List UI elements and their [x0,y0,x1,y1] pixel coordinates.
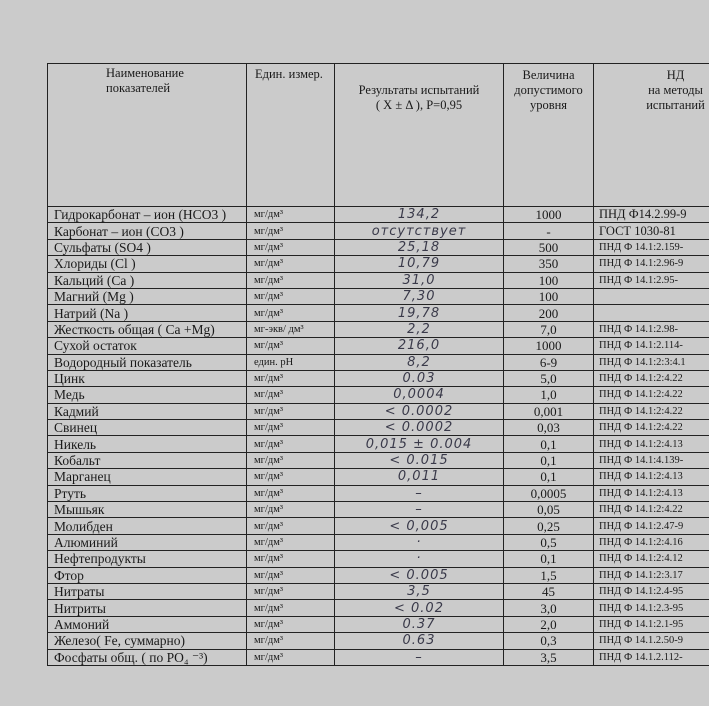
indicator-name-cell: Мышьяк [48,502,247,518]
result-cell: 0,0004 [335,387,504,403]
result-cell: 0.03 [335,370,504,386]
header-unit: Един. измер. [247,64,335,207]
indicator-name-cell: Фтор [48,567,247,583]
method-doc-cell: ПНД Ф 14.1:2.3-95 [594,600,709,616]
table-row: Нитратымг/дм³3,545ПНД Ф 14.1:2.4-95 [48,583,709,599]
method-doc-cell: ПНД Ф 14.1:2:4.12 [594,551,709,567]
result-cell: 19,78 [335,305,504,321]
indicator-name-cell: Молибден [48,518,247,534]
limit-cell: 0,0005 [504,485,594,501]
method-doc-cell: ПНД Ф14.2.99-9 [594,207,709,223]
unit-cell: мг/дм³ [247,420,335,436]
limit-cell: 45 [504,583,594,599]
unit-cell: мг/дм³ [247,256,335,272]
unit-cell: мг/дм³ [247,207,335,223]
table-header-row: Наименование показателей Един. измер. Ре… [48,64,709,207]
unit-cell: мг-экв/ дм³ [247,321,335,337]
indicator-name-cell: Водородный показатель [48,354,247,370]
limit-cell: 5,0 [504,370,594,386]
limit-cell: 0,001 [504,403,594,419]
indicator-name-cell: Гидрокарбонат – ион (HCO3 ) [48,207,247,223]
table-row: Цинкмг/дм³0.035,0ПНД Ф 14.1:2:4.22 [48,370,709,386]
header-limit: Величина допустимого уровня [504,64,594,207]
table-row: Кобальтмг/дм³< 0.0150,1ПНД Ф 14.1:4.139- [48,452,709,468]
indicator-name-cell: Фосфаты общ. ( по PO₄ ⁻³) [48,649,247,665]
method-doc-cell [594,305,709,321]
method-doc-cell: ПНД Ф 14.1.2.112- [594,649,709,665]
limit-cell: 0,1 [504,452,594,468]
indicator-name-cell: Натрий (Na ) [48,305,247,321]
result-cell: < 0.02 [335,600,504,616]
indicator-name-cell: Аммоний [48,616,247,632]
indicator-name-cell: Никель [48,436,247,452]
result-cell: · [335,534,504,550]
result-cell: 134,2 [335,207,504,223]
method-doc-cell: ПНД Ф 14.1:2:3.17 [594,567,709,583]
indicator-name-cell: Нитраты [48,583,247,599]
limit-cell: 1000 [504,207,594,223]
method-doc-cell: ПНД Ф 14.1:2:4.22 [594,420,709,436]
result-cell: 3,5 [335,583,504,599]
unit-cell: мг/дм³ [247,485,335,501]
method-doc-cell: ПНД Ф 14.1:2:4.13 [594,469,709,485]
indicator-name-cell: Свинец [48,420,247,436]
table-row: Аммониймг/дм³0.372,0ПНД Ф 14.1:2.1-95 [48,616,709,632]
unit-cell: мг/дм³ [247,338,335,354]
table-row: Хлориды (Cl )мг/дм³10,79350ПНД Ф 14.1:2.… [48,256,709,272]
result-cell: 7,30 [335,288,504,304]
result-cell: отсутствует [335,223,504,239]
unit-cell: мг/дм³ [247,272,335,288]
indicator-name-cell: Медь [48,387,247,403]
table-row: Карбонат – ион (CO3 )мг/дм³отсутствует-Г… [48,223,709,239]
limit-cell: 3,0 [504,600,594,616]
limit-cell: 1,0 [504,387,594,403]
unit-cell: мг/дм³ [247,452,335,468]
result-cell: < 0.0002 [335,403,504,419]
unit-cell: мг/дм³ [247,567,335,583]
method-doc-cell [594,288,709,304]
result-cell: – [335,502,504,518]
limit-cell: 2,0 [504,616,594,632]
method-doc-cell: ПНД Ф 14.1:2.95- [594,272,709,288]
result-cell: 8,2 [335,354,504,370]
indicator-name-cell: Кальций (Ca ) [48,272,247,288]
header-nd-line3: испытаний [624,98,709,113]
water-analysis-table: Наименование показателей Един. измер. Ре… [47,63,709,666]
result-cell: 10,79 [335,256,504,272]
table-row: Нефтепродуктымг/дм³·0,1ПНД Ф 14.1:2:4.12 [48,551,709,567]
table-row: Сульфаты (SO4 )мг/дм³25,18500ПНД Ф 14.1:… [48,239,709,255]
method-doc-cell: ПНД Ф 14.1:2:4.16 [594,534,709,550]
indicator-name-cell: Кобальт [48,452,247,468]
limit-cell: 1,5 [504,567,594,583]
limit-cell: 3,5 [504,649,594,665]
unit-cell: мг/дм³ [247,436,335,452]
table-row: Молибденмг/дм³< 0,0050,25ПНД Ф 14.1:2.47… [48,518,709,534]
unit-cell: мг/дм³ [247,387,335,403]
indicator-name-cell: Марганец [48,469,247,485]
limit-cell: 0,05 [504,502,594,518]
result-cell: · [335,551,504,567]
result-cell: 31,0 [335,272,504,288]
result-cell: – [335,485,504,501]
limit-cell: 0,25 [504,518,594,534]
test-results-document: Наименование показателей Един. измер. Ре… [47,63,709,666]
limit-cell: 0,1 [504,469,594,485]
result-cell: < 0.005 [335,567,504,583]
unit-cell: мг/дм³ [247,649,335,665]
result-cell: 25,18 [335,239,504,255]
method-doc-cell: ПНД Ф 14.1:2.96-9 [594,256,709,272]
table-row: Натрий (Na )мг/дм³19,78200 [48,305,709,321]
table-row: Жесткость общая ( Ca +Mg)мг-экв/ дм³2,27… [48,321,709,337]
unit-cell: мг/дм³ [247,239,335,255]
limit-cell: 1000 [504,338,594,354]
indicator-name-cell: Магний (Mg ) [48,288,247,304]
table-row: Нитритымг/дм³< 0.023,0ПНД Ф 14.1:2.3-95 [48,600,709,616]
method-doc-cell: ПНД Ф 14.1:2:4.13 [594,485,709,501]
header-result-line2: ( X ± Δ ), P=0,95 [335,98,503,113]
indicator-name-cell: Нитриты [48,600,247,616]
result-cell: 0.63 [335,633,504,649]
result-cell: < 0,005 [335,518,504,534]
table-row: Сухой остатокмг/дм³216,01000ПНД Ф 14.1:2… [48,338,709,354]
unit-cell: мг/дм³ [247,600,335,616]
unit-cell: мг/дм³ [247,403,335,419]
indicator-name-cell: Ртуть [48,485,247,501]
table-row: Алюминиймг/дм³·0,5ПНД Ф 14.1:2:4.16 [48,534,709,550]
table-row: Фтормг/дм³< 0.0051,5ПНД Ф 14.1:2:3.17 [48,567,709,583]
header-limit-line1: Величина [504,68,593,83]
method-doc-cell: ПНД Ф 14.1:2:4.13 [594,436,709,452]
method-doc-cell: ПНД Ф 14.1:2:4.22 [594,387,709,403]
unit-cell: мг/дм³ [247,551,335,567]
unit-cell: един. pH [247,354,335,370]
header-nd-line2: на методы [624,83,709,98]
indicator-name-cell: Сухой остаток [48,338,247,354]
result-cell: – [335,649,504,665]
table-row: Свинецмг/дм³< 0.00020,03ПНД Ф 14.1:2:4.2… [48,420,709,436]
limit-cell: 0,1 [504,551,594,567]
result-cell: < 0.0002 [335,420,504,436]
unit-cell: мг/дм³ [247,288,335,304]
indicator-name-cell: Нефтепродукты [48,551,247,567]
method-doc-cell: ПНД Ф 14.1:2:4.22 [594,502,709,518]
table-row: Водородный показательедин. pH8,26-9ПНД Ф… [48,354,709,370]
limit-cell: 0,1 [504,436,594,452]
header-limit-line3: уровня [504,98,593,113]
result-cell: < 0.015 [335,452,504,468]
method-doc-cell: ПНД Ф 14.1:2.114- [594,338,709,354]
method-doc-cell: ПНД Ф 14.1.2.50-9 [594,633,709,649]
limit-cell: 350 [504,256,594,272]
indicator-name-cell: Железо( Fe, суммарно) [48,633,247,649]
unit-cell: мг/дм³ [247,370,335,386]
table-row: Фосфаты общ. ( по PO₄ ⁻³)мг/дм³–3,5ПНД Ф… [48,649,709,665]
limit-cell: 6-9 [504,354,594,370]
header-unit-text: Един. измер. [255,67,334,82]
table-row: Марганецмг/дм³0,0110,1ПНД Ф 14.1:2:4.13 [48,469,709,485]
method-doc-cell: ГОСТ 1030-81 [594,223,709,239]
unit-cell: мг/дм³ [247,305,335,321]
method-doc-cell: ПНД Ф 14.1:2.47-9 [594,518,709,534]
indicator-name-cell: Сульфаты (SO4 ) [48,239,247,255]
limit-cell: 500 [504,239,594,255]
unit-cell: мг/дм³ [247,502,335,518]
indicator-name-cell: Цинк [48,370,247,386]
unit-cell: мг/дм³ [247,633,335,649]
limit-cell: 100 [504,272,594,288]
method-doc-cell: ПНД Ф 14.1:4.139- [594,452,709,468]
table-row: Гидрокарбонат – ион (HCO3 )мг/дм³134,210… [48,207,709,223]
header-nd-line1: НД [624,68,709,83]
table-row: Никельмг/дм³0,015 ± 0.0040,1ПНД Ф 14.1:2… [48,436,709,452]
indicator-name-cell: Алюминий [48,534,247,550]
result-cell: 216,0 [335,338,504,354]
method-doc-cell: ПНД Ф 14.1:2.98- [594,321,709,337]
limit-cell: 7,0 [504,321,594,337]
method-doc-cell: ПНД Ф 14.1:2.1-95 [594,616,709,632]
method-doc-cell: ПНД Ф 14.1:2.4-95 [594,583,709,599]
limit-cell: - [504,223,594,239]
unit-cell: мг/дм³ [247,223,335,239]
result-cell: 0.37 [335,616,504,632]
header-name-line2: показателей [106,81,246,96]
indicator-name-cell: Карбонат – ион (CO3 ) [48,223,247,239]
table-row: Магний (Mg )мг/дм³7,30100 [48,288,709,304]
header-indicator-name: Наименование показателей [48,64,247,207]
indicator-name-cell: Кадмий [48,403,247,419]
table-row: Ртутьмг/дм³–0,0005ПНД Ф 14.1:2:4.13 [48,485,709,501]
method-doc-cell: ПНД Ф 14.1:2:3:4.1 [594,354,709,370]
header-result-line1: Результаты испытаний [335,83,503,98]
result-cell: 2,2 [335,321,504,337]
header-method-doc: НД на методы испытаний [594,64,709,207]
table-body: Гидрокарбонат – ион (HCO3 )мг/дм³134,210… [48,207,709,666]
limit-cell: 100 [504,288,594,304]
unit-cell: мг/дм³ [247,583,335,599]
header-result: Результаты испытаний ( X ± Δ ), P=0,95 [335,64,504,207]
unit-cell: мг/дм³ [247,616,335,632]
indicator-name-cell: Хлориды (Cl ) [48,256,247,272]
indicator-name-cell: Жесткость общая ( Ca +Mg) [48,321,247,337]
unit-cell: мг/дм³ [247,534,335,550]
unit-cell: мг/дм³ [247,518,335,534]
header-limit-line2: допустимого [504,83,593,98]
result-cell: 0,015 ± 0.004 [335,436,504,452]
table-row: Мышьякмг/дм³–0,05ПНД Ф 14.1:2:4.22 [48,502,709,518]
limit-cell: 0,03 [504,420,594,436]
method-doc-cell: ПНД Ф 14.1:2.159- [594,239,709,255]
limit-cell: 200 [504,305,594,321]
result-cell: 0,011 [335,469,504,485]
table-row: Кадмиймг/дм³< 0.00020,001ПНД Ф 14.1:2:4.… [48,403,709,419]
limit-cell: 0,3 [504,633,594,649]
table-row: Железо( Fe, суммарно)мг/дм³0.630,3ПНД Ф … [48,633,709,649]
table-row: Кальций (Ca )мг/дм³31,0100ПНД Ф 14.1:2.9… [48,272,709,288]
table-row: Медьмг/дм³0,00041,0ПНД Ф 14.1:2:4.22 [48,387,709,403]
method-doc-cell: ПНД Ф 14.1:2:4.22 [594,370,709,386]
header-name-line1: Наименование [106,66,246,81]
method-doc-cell: ПНД Ф 14.1:2:4.22 [594,403,709,419]
limit-cell: 0,5 [504,534,594,550]
unit-cell: мг/дм³ [247,469,335,485]
